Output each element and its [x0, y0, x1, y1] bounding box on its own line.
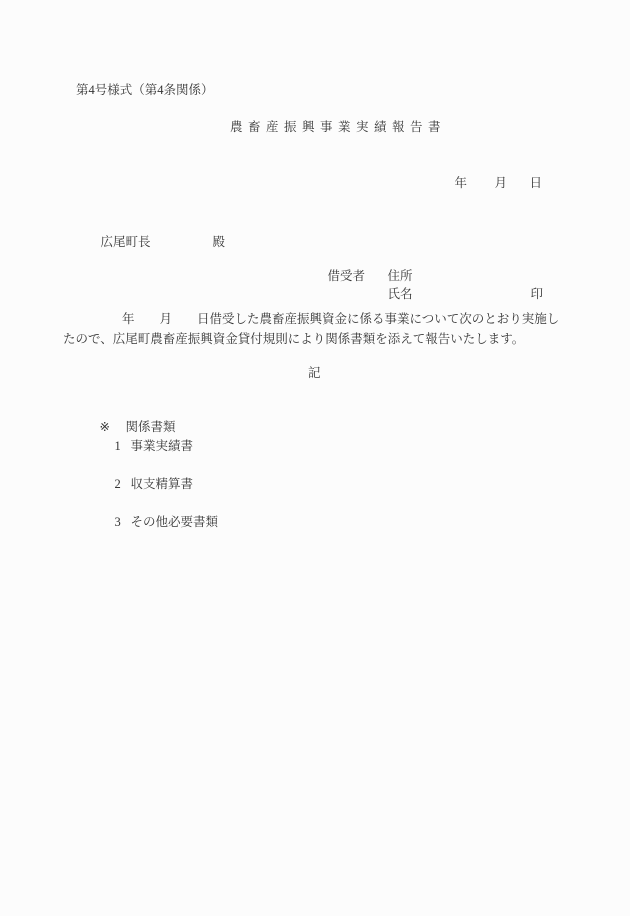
attachment-item-label: その他必要書類	[131, 515, 219, 529]
recipient-title: 広尾町長	[101, 235, 213, 249]
form-number: 第4号様式（第4条関係）	[76, 83, 214, 97]
attachment-item-label: 事業実績書	[131, 439, 194, 453]
attachment-item: 2収支精算書	[102, 463, 193, 506]
date-line: 年月日	[442, 162, 542, 205]
attachment-item-number: 2	[115, 477, 131, 491]
attachment-item-number: 3	[115, 515, 131, 529]
recipient-line: 広尾町長殿	[88, 221, 225, 264]
date-day-label: 日	[530, 176, 543, 190]
date-month-label: 月	[495, 176, 530, 190]
borrower-name-row: 氏名印	[375, 273, 543, 316]
attachment-item: 1事業実績書	[102, 425, 193, 468]
section-marker: 記	[308, 366, 321, 380]
recipient-honorific: 殿	[213, 235, 226, 249]
report-form-page: 第4号様式（第4条関係） 農畜産振興事業実績報告書 年月日 広尾町長殿 借受者住…	[0, 0, 630, 916]
attachment-item-number: 1	[115, 439, 131, 453]
attachment-item-label: 収支精算書	[131, 477, 194, 491]
date-year-label: 年	[455, 176, 495, 190]
body-text-line-2: たので、広尾町農畜産振興資金貸付規則により関係書類を添えて報告いたします。	[63, 332, 524, 346]
document-title: 農畜産振興事業実績報告書	[230, 120, 446, 134]
seal-label: 印	[531, 287, 544, 301]
borrower-name-label: 氏名	[388, 287, 531, 301]
body-text-line-1: 年 月 日借受した農畜産振興資金に係る事業について次のとおり実施し	[122, 312, 559, 326]
attachment-item: 3その他必要書類	[102, 501, 218, 544]
